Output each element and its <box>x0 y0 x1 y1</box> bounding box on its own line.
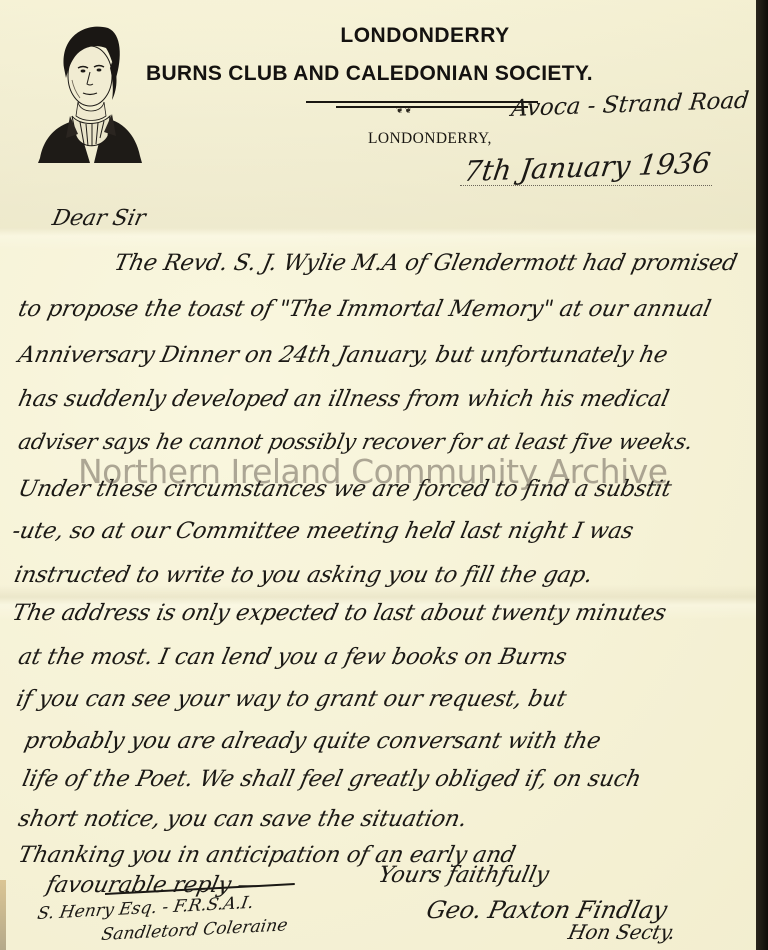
body-line: The address is only expected to last abo… <box>10 600 668 626</box>
letterhead-town: LONDONDERRY, <box>368 130 492 148</box>
ornament-icon: ❦❦ <box>396 106 413 116</box>
body-line: adviser says he cannot possibly recover … <box>16 430 695 455</box>
body-line: if you can see your way to grant our req… <box>14 686 569 712</box>
body-line: to propose the toast of "The Immortal Me… <box>16 296 713 322</box>
body-line: -ute, so at our Committee meeting held l… <box>10 518 636 544</box>
rule-line-bottom <box>336 106 528 108</box>
body-line: instructed to write to you asking you to… <box>12 562 595 588</box>
letter-page: LONDONDERRY BURNS CLUB AND CALEDONIAN SO… <box>0 0 756 950</box>
handwritten-address: Avoca - Strand Road <box>510 88 750 122</box>
body-line: life of the Poet. We shall feel greatly … <box>20 766 643 792</box>
body-line: Under these circumstances we are forced … <box>16 476 674 502</box>
body-line: has suddenly developed an illness from w… <box>16 386 671 412</box>
date-dotted-line <box>460 185 712 186</box>
signature-title: Hon Secty. <box>566 920 678 944</box>
letterhead-title: LONDONDERRY <box>0 24 756 48</box>
letter-date: 7th January 1936 <box>462 146 713 188</box>
body-line: The Revd. S. J. Wylie M.A of Glendermott… <box>112 250 739 276</box>
body-line: at the most. I can lend you a few books … <box>16 644 569 670</box>
valediction: Yours faithfully <box>376 862 551 888</box>
rule-line-top <box>306 101 538 103</box>
decorative-rule <box>306 101 538 107</box>
body-line: probably you are already quite conversan… <box>22 728 603 754</box>
letterhead-society-name: BURNS CLUB AND CALEDONIAN SOCIETY. <box>146 62 593 86</box>
recipient-address: Sandletord Coleraine <box>100 915 289 945</box>
body-line: short notice, you can save the situation… <box>16 806 469 832</box>
scan-edge <box>756 0 768 950</box>
body-line: Anniversary Dinner on 24th January, but … <box>16 342 670 368</box>
salutation: Dear Sir <box>50 206 148 231</box>
paper-stain <box>0 880 6 950</box>
